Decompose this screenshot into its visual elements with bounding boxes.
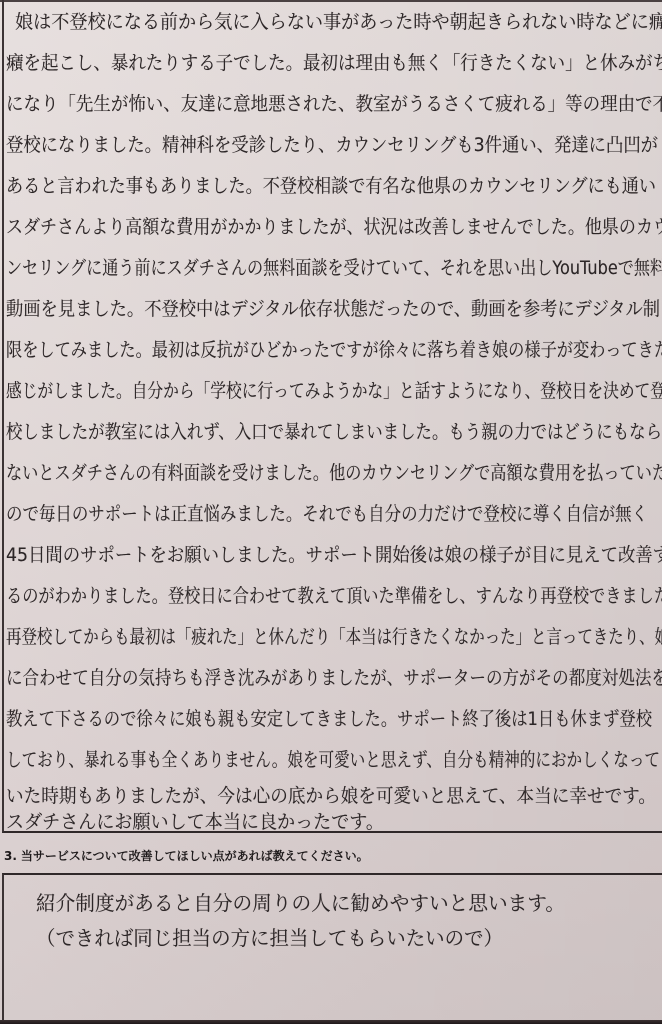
question-3-label: 3.当サービスについて改善してほしい点があれば教えてください。 — [4, 848, 369, 864]
answer-line: ので毎日のサポートは正直悩みました。それでも自分の力だけで登校に導く自信が無く — [4, 494, 662, 535]
handwritten-text: 登校になりました。精神科を受診したり、カウンセリングも3件通い、発達に凸凹が — [6, 125, 658, 166]
answer-line: 登校になりました。精神科を受診したり、カウンセリングも3件通い、発達に凸凹が — [4, 125, 662, 166]
answer-box-question-2: 娘は不登校になる前から気に入らない事があった時や朝起きられない時などに癇 癪を起… — [2, 0, 662, 833]
bottom-border-line — [0, 1020, 662, 1024]
handwritten-text: スダチさんより高額な費用がかかりましたが、状況は改善しませんでした。他県のカウ — [6, 207, 662, 248]
handwritten-text: スダチさんにお願いして本当に良かったです。 — [6, 811, 384, 833]
handwritten-text: るのがわかりました。登校日に合わせて教えて頂いた準備をし、すんなり再登校できまし… — [6, 576, 662, 617]
answer-line: スダチさんにお願いして本当に良かったです。 — [4, 811, 662, 833]
handwritten-text: に合わせて自分の気持ちも浮き沈みがありましたが、サポーターの方がその都度対処法を — [6, 658, 662, 699]
answer-line: ないとスダチさんの有料面談を受けました。他のカウンセリングで高額な費用を払ってい… — [4, 453, 662, 494]
answer-line: るのがわかりました。登校日に合わせて教えて頂いた準備をし、すんなり再登校できまし… — [4, 576, 662, 617]
answer-line: 動画を見ました。不登校中はデジタル依存状態だったので、動画を参考にデジタル制 — [4, 289, 662, 330]
answer-line: 再登校してからも最初は「疲れた」と休んだり「本当は行きたくなかった」と言ってきた… — [4, 617, 662, 658]
handwritten-text: 癪を起こし、暴れたりする子でした。最初は理由も無く「行きたくない」と休みがち — [6, 43, 662, 84]
handwritten-text: ので毎日のサポートは正直悩みました。それでも自分の力だけで登校に導く自信が無く — [6, 494, 648, 535]
answer-line: ンセリングに通う前にスダチさんの無料面談を受けていて、それを思い出しYouTub… — [4, 248, 662, 289]
answer-line: スダチさんより高額な費用がかかりましたが、状況は改善しませんでした。他県のカウ — [4, 207, 662, 248]
handwritten-text: になり「先生が怖い、友達に意地悪された、教室がうるさくて疲れる」等の理由で不 — [6, 84, 662, 125]
answer-line: 癪を起こし、暴れたりする子でした。最初は理由も無く「行きたくない」と休みがち — [4, 43, 662, 84]
handwritten-text: 45日間のサポートをお願いしました。サポート開始後は娘の様子が目に見えて改善す — [6, 535, 662, 576]
answer-line: （できれば同じ担当の方に担当してもらいたいので） — [4, 921, 662, 956]
answer-line: 限をしてみました。最初は反抗がひどかったですが徐々に落ち着き娘の様子が変わってき… — [4, 330, 662, 371]
answer-line: あると言われた事もありました。不登校相談で有名な他県のカウンセリングにも通い — [4, 166, 662, 207]
handwritten-text: 限をしてみました。最初は反抗がひどかったですが徐々に落ち着き娘の様子が変わってき… — [6, 330, 662, 371]
answer-line: 校しましたが教室には入れず、入口で暴れてしまいました。もう親の力ではどうにもなら — [4, 412, 662, 453]
answer-line: 45日間のサポートをお願いしました。サポート開始後は娘の様子が目に見えて改善す — [4, 535, 662, 576]
answer-line: 娘は不登校になる前から気に入らない事があった時や朝起きられない時などに癇 — [4, 2, 662, 43]
handwritten-text: 校しましたが教室には入れず、入口で暴れてしまいました。もう親の力ではどうにもなら — [6, 412, 662, 453]
handwritten-text: あると言われた事もありました。不登校相談で有名な他県のカウンセリングにも通い — [6, 166, 656, 207]
handwritten-text: 紹介制度があると自分の周りの人に勧めやすいと思います。 — [36, 886, 565, 921]
question-number: 3. — [4, 849, 17, 863]
answer-line: しており、暴れる事も全くありません。娘を可愛いと思えず、自分も精神的におかしくな… — [4, 740, 662, 781]
handwritten-text: ないとスダチさんの有料面談を受けました。他のカウンセリングで高額な費用を払ってい… — [6, 453, 662, 494]
answer-line: 感じがしました。自分から「学校に行ってみようかな」と話すようになり、登校日を決め… — [4, 371, 662, 412]
handwritten-text: 再登校してからも最初は「疲れた」と休んだり「本当は行きたくなかった」と言ってきた… — [6, 617, 662, 658]
question-text: 当サービスについて改善してほしい点があれば教えてください。 — [21, 849, 369, 863]
handwritten-text: ンセリングに通う前にスダチさんの無料面談を受けていて、それを思い出しYouTub… — [6, 248, 662, 289]
handwritten-text: （できれば同じ担当の方に担当してもらいたいので） — [36, 921, 503, 956]
answer-box-question-3: 紹介制度があると自分の周りの人に勧めやすいと思います。 （できれば同じ担当の方に… — [2, 873, 662, 1023]
answer-line: に合わせて自分の気持ちも浮き沈みがありましたが、サポーターの方がその都度対処法を — [4, 658, 662, 699]
answer-line: いた時期もありましたが、今は心の底から娘を可愛いと思えて、本当に幸せです。 — [4, 781, 662, 811]
handwritten-text: 教えて下さるので徐々に娘も親も安定してきました。サポート終了後は1日も休まず登校 — [6, 699, 652, 740]
handwritten-text: 動画を見ました。不登校中はデジタル依存状態だったので、動画を参考にデジタル制 — [6, 289, 660, 330]
handwritten-answer: 紹介制度があると自分の周りの人に勧めやすいと思います。 （できれば同じ担当の方に… — [4, 875, 662, 956]
handwritten-text: しており、暴れる事も全くありません。娘を可愛いと思えず、自分も精神的におかしくな… — [6, 740, 660, 781]
answer-line: 教えて下さるので徐々に娘も親も安定してきました。サポート終了後は1日も休まず登校 — [4, 699, 662, 740]
handwritten-answer: 娘は不登校になる前から気に入らない事があった時や朝起きられない時などに癇 癪を起… — [4, 0, 662, 833]
handwritten-text: 感じがしました。自分から「学校に行ってみようかな」と話すようになり、登校日を決め… — [6, 371, 662, 412]
answer-line: になり「先生が怖い、友達に意地悪された、教室がうるさくて疲れる」等の理由で不 — [4, 84, 662, 125]
answer-line: 紹介制度があると自分の周りの人に勧めやすいと思います。 — [4, 886, 662, 921]
handwritten-text: 娘は不登校になる前から気に入らない事があった時や朝起きられない時などに癇 — [15, 2, 662, 43]
handwritten-text: いた時期もありましたが、今は心の底から娘を可愛いと思えて、本当に幸せです。 — [6, 781, 656, 811]
